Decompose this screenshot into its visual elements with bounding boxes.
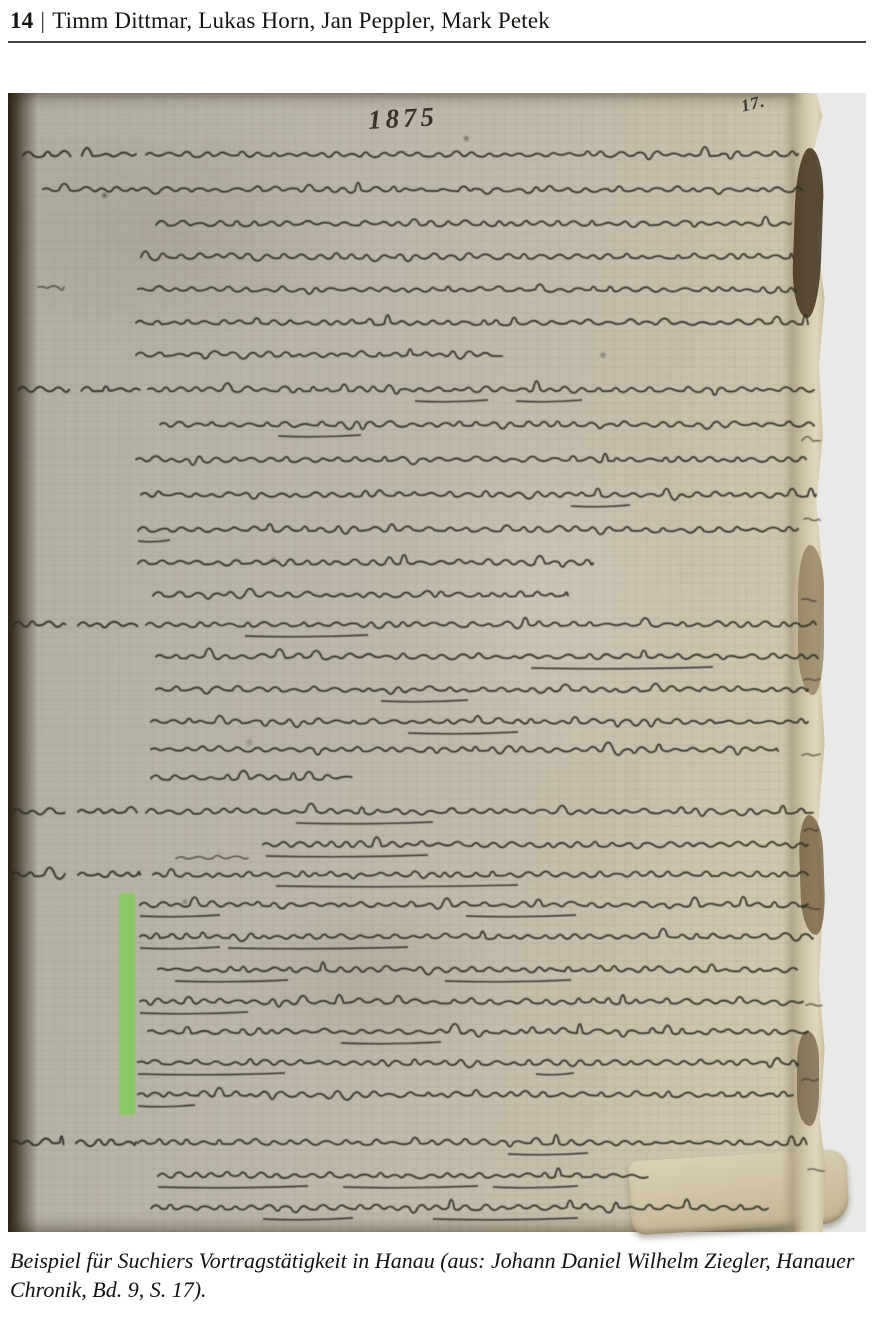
page-number: 14 <box>10 8 33 33</box>
caption-line: Beispiel für Suchiers Vortragstätigkeit … <box>10 1246 866 1275</box>
caption-line: Chronik, Bd. 9, S. 17). <box>10 1275 866 1304</box>
figure-caption: Beispiel für Suchiers Vortragstätigkeit … <box>10 1246 866 1304</box>
year-heading: 1875 <box>367 101 439 136</box>
book-page: 14|Timm Dittmar, Lukas Horn, Jan Peppler… <box>0 0 874 1320</box>
header-rule <box>8 41 866 43</box>
manuscript-figure: 1875 17. <box>8 93 866 1232</box>
running-header: 14|Timm Dittmar, Lukas Horn, Jan Peppler… <box>10 8 866 34</box>
page-edge-stain <box>797 1031 819 1126</box>
header-separator: | <box>40 8 45 33</box>
book-gutter-shadow <box>8 93 38 1232</box>
header-authors: Timm Dittmar, Lukas Horn, Jan Peppler, M… <box>52 8 550 33</box>
page-edge-stain <box>798 545 824 695</box>
highlight-marker <box>119 893 135 1115</box>
